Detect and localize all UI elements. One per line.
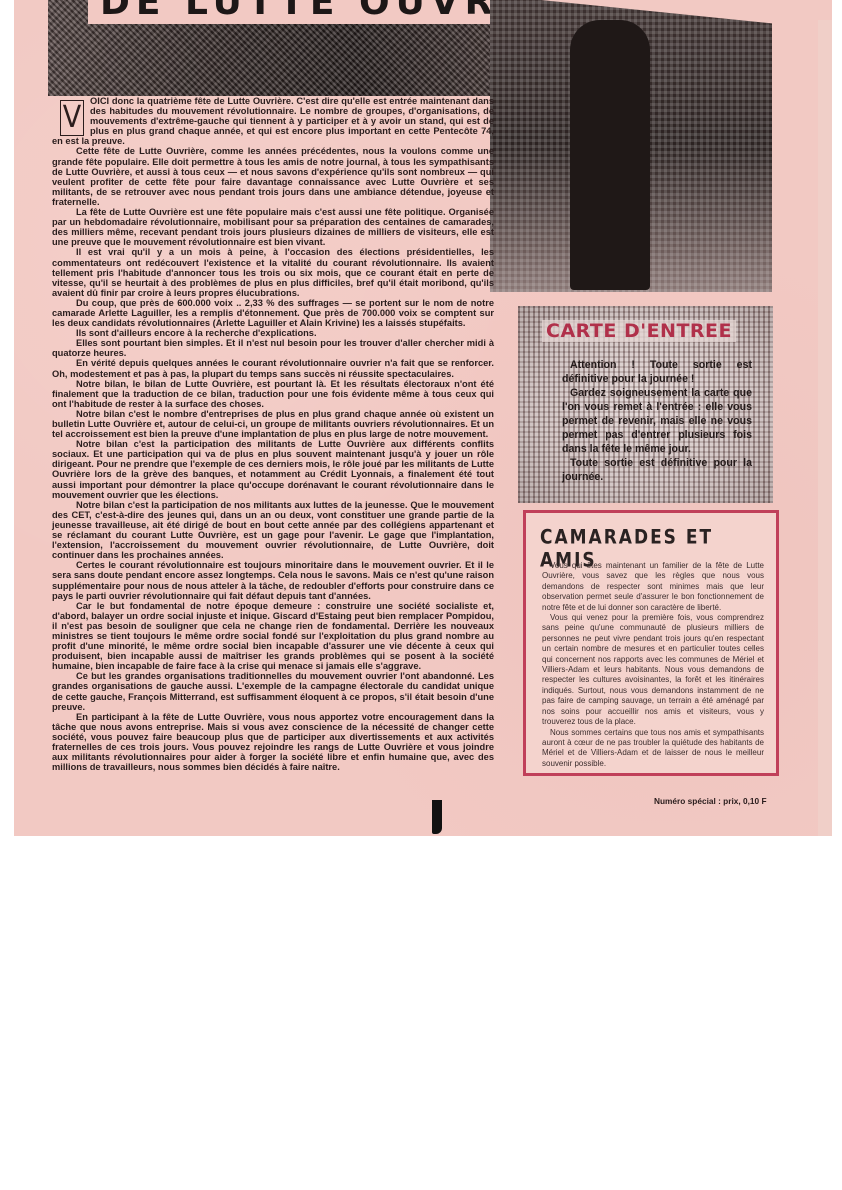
article-paragraph: VOICI donc la quatrième fête de Lutte Ou…	[52, 96, 494, 146]
article-paragraph: Ce but les grandes organisations traditi…	[52, 671, 494, 711]
article-paragraph: Notre bilan c'est la participation des m…	[52, 439, 494, 500]
article-paragraph: Car le but fondamental de notre époque d…	[52, 601, 494, 672]
carte-paragraph: Attention ! Toute sortie est définitive …	[562, 358, 752, 386]
carte-paragraph: Gardez soigneusement la carte que l'on v…	[562, 386, 752, 456]
article-paragraph: Certes le courant révolutionnaire est to…	[52, 560, 494, 600]
article-paragraph: La fête de Lutte Ouvrière est une fête p…	[52, 207, 494, 247]
speaker-silhouette	[570, 20, 650, 290]
amis-paragraph: Nous sommes certains que tous nos amis e…	[542, 728, 764, 770]
article-body: VOICI donc la quatrième fête de Lutte Ou…	[52, 96, 494, 772]
article-paragraph: Ils sont d'ailleurs encore à la recherch…	[52, 328, 494, 338]
camarades-amis-text: Vous qui êtes maintenant un familier de …	[542, 561, 764, 769]
amis-paragraph: Vous qui êtes maintenant un familier de …	[542, 561, 764, 613]
page-edge	[818, 20, 832, 836]
article-paragraph: En participant à la fête de Lutte Ouvriè…	[52, 712, 494, 773]
article-paragraph: Cette fête de Lutte Ouvrière, comme les …	[52, 146, 494, 207]
headline-banner: DE LUTTE OUVRIÈRE	[88, 0, 498, 24]
article-paragraph: Elles sont pourtant bien simples. Et il …	[52, 338, 494, 358]
article-paragraph: Notre bilan, le bilan de Lutte Ouvrière,…	[52, 379, 494, 409]
carte-entree-text: Attention ! Toute sortie est définitive …	[562, 358, 752, 484]
amis-paragraph: Vous qui venez pour la première fois, vo…	[542, 613, 764, 727]
article-paragraph: Notre bilan c'est la participation de no…	[52, 500, 494, 561]
article-paragraph: Il est vrai qu'il y a un mois à peine, à…	[52, 247, 494, 297]
article-paragraph: Du coup, que près de 600.000 voix .. 2,3…	[52, 298, 494, 328]
carte-entree-title: CARTE D'ENTREE	[542, 320, 736, 342]
carte-entree-box: CARTE D'ENTREE Attention ! Toute sortie …	[518, 306, 773, 503]
article-paragraph: En vérité depuis quelques années le cour…	[52, 358, 494, 378]
drop-cap: V	[60, 100, 84, 136]
price-label: Numéro spécial : prix, 0,10 F	[654, 796, 767, 806]
scan-artifact	[432, 800, 442, 834]
article-paragraph: Notre bilan c'est le nombre d'entreprise…	[52, 409, 494, 439]
headline: DE LUTTE OUVRIÈRE	[100, 0, 498, 23]
camarades-amis-box: CAMARADES ET AMIS Vous qui êtes maintena…	[523, 510, 779, 776]
carte-paragraph: Toute sortie est définitive pour la jour…	[562, 456, 752, 484]
